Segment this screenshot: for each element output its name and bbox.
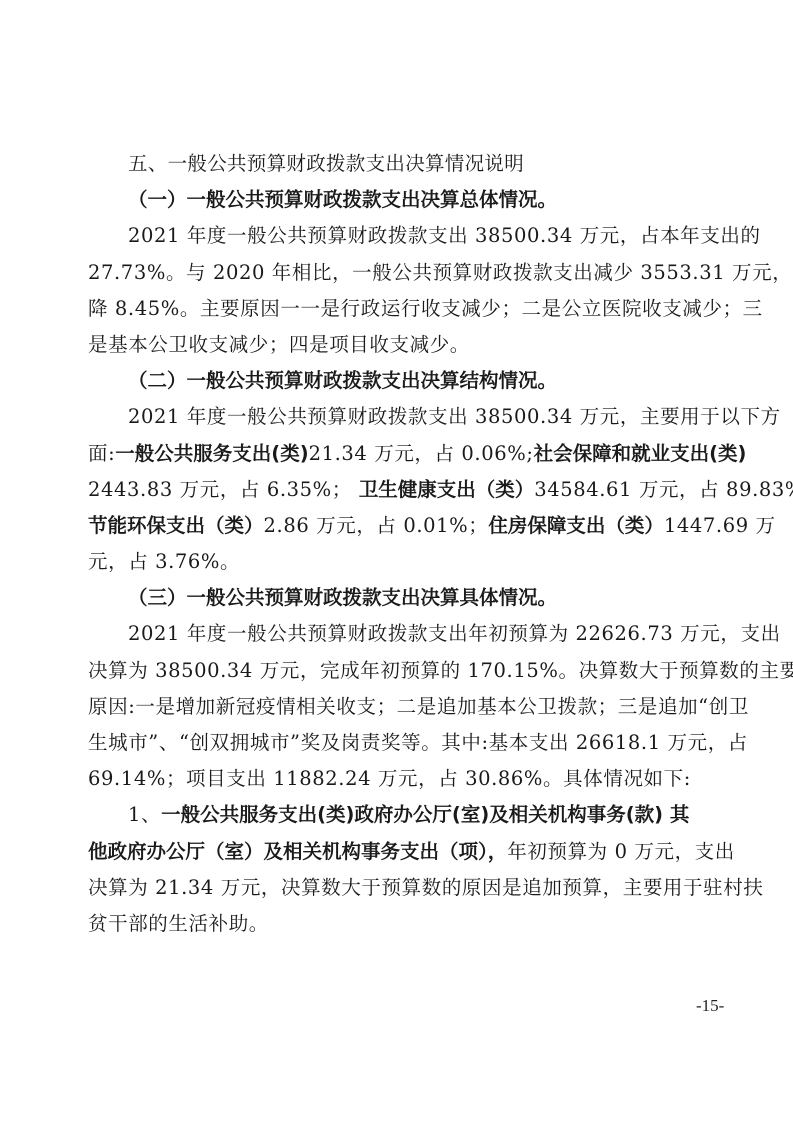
page-number: -15- [696, 996, 724, 1016]
item-text: 年初预算为 0 万元，支出 [507, 840, 735, 863]
subsection-heading-structure: （二）一般公共预算财政拨款支出决算结构情况。 [88, 363, 734, 399]
category-value: 2443.83 万元，占 6.35%； [88, 478, 352, 501]
paragraph-line: 69.14%；项目支出 11882.24 万元，占 30.86%。具体情况如下: [88, 761, 734, 797]
paragraph-line: 降 8.45%。主要原因一一是行政运行收支减少；二是公立医院收支减少；三 [88, 291, 734, 327]
item-title: 他政府办公厅（室）及相关机构事务支出（项）， [88, 840, 507, 863]
item-heading-line: 他政府办公厅（室）及相关机构事务支出（项），年初预算为 0 万元，支出 [88, 834, 734, 870]
category-name: 卫生健康支出（类） [359, 478, 535, 501]
item-heading-line: 1、一般公共服务支出(类)政府办公厅(室)及相关机构事务(款) 其 [88, 797, 734, 833]
section-title: 五、一般公共预算财政拨款支出决算情况说明 [88, 146, 734, 182]
paragraph-line: 27.73%。与 2020 年相比，一般公共预算财政拨款支出减少 3553.31… [88, 255, 734, 291]
item-number: 1、 [128, 803, 161, 826]
category-name: 社会保障和就业支出(类) [534, 442, 747, 465]
subsection-heading-detail: （三）一般公共预算财政拨款支出决算具体情况。 [88, 580, 734, 616]
paragraph-line-categories: 面:一般公共服务支出(类)21.34 万元，占 0.06%;社会保障和就业支出(… [88, 436, 734, 472]
category-value: 2.86 万元，占 0.01%； [264, 514, 489, 537]
document-body: 五、一般公共预算财政拨款支出决算情况说明 （一）一般公共预算财政拨款支出决算总体… [88, 146, 734, 942]
item-title: 一般公共服务支出(类)政府办公厅(室)及相关机构事务(款) 其 [161, 803, 689, 826]
paragraph-line-categories: 节能环保支出（类）2.86 万元，占 0.01%；住房保障支出（类）1447.6… [88, 508, 734, 544]
paragraph-line: 2021 年度一般公共预算财政拨款支出 38500.34 万元，主要用于以下方 [88, 399, 734, 435]
category-value: 34584.61 万元，占 89.83%; [534, 478, 793, 501]
subsection-heading-overall: （一）一般公共预算财政拨款支出决算总体情况。 [88, 182, 734, 218]
category-name: 一般公共服务支出(类) [115, 442, 308, 465]
text-prefix: 面: [88, 442, 115, 465]
paragraph-line: 元，占 3.76%。 [88, 544, 734, 580]
paragraph-line-categories: 2443.83 万元，占 6.35%； 卫生健康支出（类）34584.61 万元… [88, 472, 734, 508]
category-name: 节能环保支出（类） [88, 514, 264, 537]
category-value: 21.34 万元，占 0.06%; [309, 442, 534, 465]
paragraph-line: 原因:一是增加新冠疫情相关收支；二是追加基本公卫拨款；三是追加“创卫 [88, 689, 734, 725]
paragraph-line: 2021 年度一般公共预算财政拨款支出年初预算为 22626.73 万元，支出 [88, 616, 734, 652]
category-name: 住房保障支出（类） [488, 514, 664, 537]
paragraph-line: 生城市”、“创双拥城市”奖及岗责奖等。其中:基本支出 26618.1 万元，占 [88, 725, 734, 761]
category-value: 1447.69 万 [664, 514, 776, 537]
paragraph-line: 贫干部的生活补助。 [88, 906, 734, 942]
paragraph-line: 决算为 21.34 万元，决算数大于预算数的原因是追加预算，主要用于驻村扶 [88, 870, 734, 906]
paragraph-line: 2021 年度一般公共预算财政拨款支出 38500.34 万元，占本年支出的 [88, 218, 734, 254]
paragraph-line: 决算为 38500.34 万元，完成年初预算的 170.15%。决算数大于预算数… [88, 653, 734, 689]
paragraph-line: 是基本公卫收支减少；四是项目收支减少。 [88, 327, 734, 363]
